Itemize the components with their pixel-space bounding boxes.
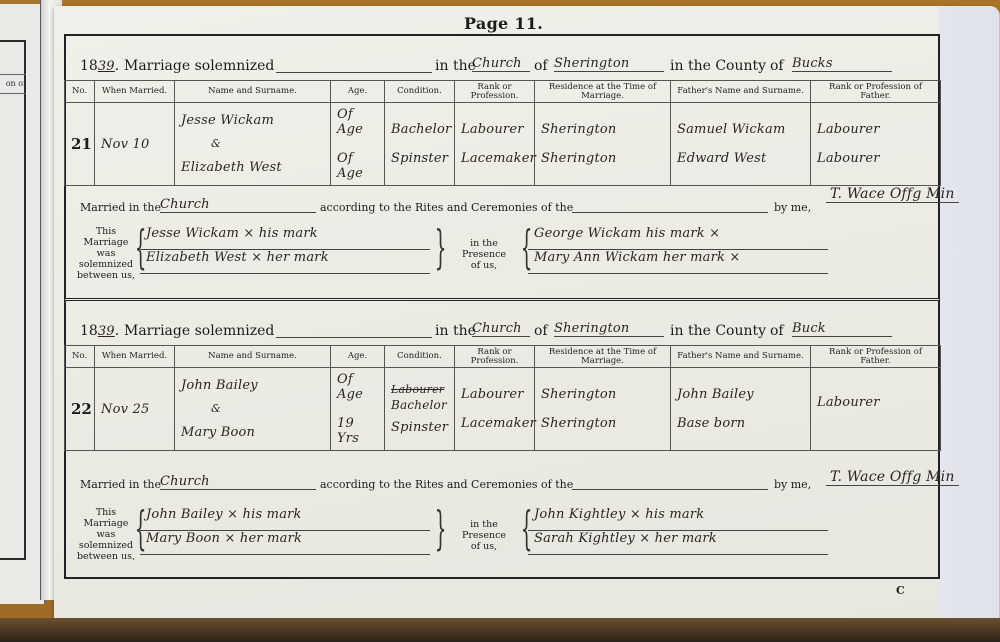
label-line: This Marriage [76,507,136,529]
parish-value: Sherington [554,321,664,337]
photo-scene: on of Page 11. 1839. Marriage solemnized… [0,0,1000,642]
register-table: No. When Married. Name and Surname. Age.… [64,345,941,451]
residences-cell: Sherington Sherington [535,103,671,186]
father-professions-cell: Labourer Labourer [811,103,941,186]
party-signature: Elizabeth West × her mark [140,250,430,274]
groom-age: Of Age [337,107,378,137]
groom-name: John Bailey [181,378,324,393]
fathers-cell: John Bailey Base born [671,368,811,451]
bride-condition: Spinster [391,151,448,166]
married-in-label: Married in the [80,478,161,491]
rites-label: according to the Rites and Ceremonies of… [320,478,573,491]
bride-residence: Sherington [541,416,664,431]
witness-signature: George Wickam his mark × [528,226,828,250]
signatures-block: This Marriage was solemnized between us,… [76,507,936,561]
witness-signature: Sarah Kightley × her mark [528,531,828,555]
groom-profession: Labourer [461,122,528,137]
column-header: Name and Surname. [175,81,331,103]
solemnized-between-label: This Marriage was solemnized between us, [76,226,136,281]
when-married: Nov 25 [95,368,175,451]
previous-page-frame [0,40,26,560]
right-brace: } [435,224,447,270]
names-cell: John Bailey & Mary Boon [175,368,331,451]
marriage-solemnized-label: Marriage solemnized [124,58,274,74]
conditions-cell: Bachelor Spinster [385,103,455,186]
book-bottom-edge [0,618,1000,642]
by-me-label: by me, [774,201,811,214]
ages-cell: Of Age 19 Yrs [331,368,385,451]
groom-father-profession: Labourer [817,122,934,137]
married-in-row: Married in the Church according to the R… [80,196,940,216]
rites-fill-line [572,212,768,213]
residences-cell: Sherington Sherington [535,368,671,451]
ages-cell: Of Age Of Age [331,103,385,186]
married-in-label: Married in the [80,201,161,214]
party-signature: John Bailey × his mark [140,507,430,531]
label-line: Presence [454,530,514,541]
witness-signature: John Kightley × his mark [528,507,828,531]
right-brace: } [435,505,447,551]
year-suffix: 39 [98,59,115,74]
place-type-value: Church [472,56,530,72]
minister-signature: T. Wace Offg Min [826,469,959,486]
groom-age: Of Age [337,372,378,402]
column-header: Name and Surname. [175,346,331,368]
father-professions-cell: Labourer [811,368,941,451]
witness-signature: Mary Ann Wickam her mark × [528,250,828,274]
county-label: in the County [670,58,766,74]
year-prefix: 18 [80,323,98,339]
bride-age: 19 Yrs [337,416,378,446]
of-label: of [534,323,548,339]
register-table: No. When Married. Name and Surname. Age.… [64,80,941,186]
label-line: solemnized [76,540,136,551]
label-line: solemnized [76,259,136,270]
column-header: Rank or Profession of Father. [811,346,941,368]
table-header-row: No. When Married. Name and Surname. Age.… [65,81,941,103]
bride-profession: Lacemaker [461,416,528,431]
by-me-label: by me, [774,478,811,491]
groom-residence: Sherington [541,387,664,402]
column-header: When Married. [95,81,175,103]
place-type-value: Church [472,321,530,337]
column-header: When Married. [95,346,175,368]
county-value: Buck [792,321,892,337]
in-presence-label: in the Presence of us, [454,519,514,552]
county-value: Bucks [792,56,892,72]
year: 1839. [80,58,119,74]
label-line: Presence [454,249,514,260]
groom-residence: Sherington [541,122,664,137]
rites-label: according to the Rites and Ceremonies of… [320,201,573,214]
year: 1839. [80,323,119,339]
bride-condition: Spinster [391,420,448,435]
county-label: in the County [670,323,766,339]
fathers-cell: Samuel Wickam Edward West [671,103,811,186]
connector: & [181,407,324,411]
bride-father-name: Base born [677,416,804,431]
married-in-value: Church [160,197,316,213]
label-line: of us, [454,541,514,552]
column-header: Rank or Profession. [455,346,535,368]
county-of-label: of [770,58,784,74]
bride-residence: Sherington [541,151,664,166]
table-row: 21 Nov 10 Jesse Wickam & Elizabeth West … [65,103,941,186]
bride-age: Of Age [337,151,378,181]
in-presence-label: in the Presence of us, [454,238,514,271]
label-line: in the [454,519,514,530]
party-signature: Jesse Wickam × his mark [140,226,430,250]
marriage-solemnized-label: Marriage solemnized [124,323,274,339]
table-header-row: No. When Married. Name and Surname. Age.… [65,346,941,368]
of-label: of [534,58,548,74]
column-header: Father's Name and Surname. [671,81,811,103]
groom-father-profession: Labourer [817,395,934,410]
county-of-label: of [770,323,784,339]
bride-father-profession: Labourer [817,151,934,166]
connector: & [181,142,324,146]
column-header: Residence at the Time of Marriage. [535,81,671,103]
rites-fill-line [572,489,768,490]
label-line: was [76,529,136,540]
register-page: Page 11. 1839. Marriage solemnized in th… [54,6,1000,620]
groom-name: Jesse Wickam [181,113,324,128]
fill-line [276,337,432,338]
groom-condition: Bachelor [391,398,448,412]
party-signature: Mary Boon × her mark [140,531,430,555]
groom-condition-struck: Labourer [391,383,448,396]
groom-condition: Bachelor [391,122,448,137]
marriage-entry-21: 1839. Marriage solemnized in the Church … [64,34,940,298]
bride-name: Mary Boon [181,425,324,440]
label-line: was [76,248,136,259]
groom-father-name: John Bailey [677,387,804,402]
column-header: Father's Name and Surname. [671,346,811,368]
column-header: Condition. [385,81,455,103]
column-header: Rank or Profession. [455,81,535,103]
parish-value: Sherington [554,56,664,72]
page-number: Page 11. [464,14,543,33]
column-header: Residence at the Time of Marriage. [535,346,671,368]
column-header: Rank or Profession of Father. [811,81,941,103]
bride-profession: Lacemaker [461,151,528,166]
year-suffix: 39 [98,324,115,339]
bride-father-name: Edward West [677,151,804,166]
column-header: Age. [331,81,385,103]
bride-name: Elizabeth West [181,160,324,175]
table-row: 22 Nov 25 John Bailey & Mary Boon Of Age… [65,368,941,451]
label-line: of us, [454,260,514,271]
minister-signature: T. Wace Offg Min [826,186,959,203]
fill-line [276,72,432,73]
professions-cell: Labourer Lacemaker [455,368,535,451]
entry-title-row: 1839. Marriage solemnized in the Church … [80,315,930,341]
in-the-label: in the [435,58,476,74]
married-in-row: Married in the Church according to the R… [80,473,940,493]
when-married: Nov 10 [95,103,175,186]
year-prefix: 18 [80,58,98,74]
married-in-value: Church [160,474,316,490]
label-line: between us, [76,551,136,562]
entry-number: 22 [65,368,95,451]
groom-profession: Labourer [461,387,528,402]
names-cell: Jesse Wickam & Elizabeth West [175,103,331,186]
column-header: Age. [331,346,385,368]
signature-mark: C [896,584,905,597]
solemnized-between-label: This Marriage was solemnized between us, [76,507,136,562]
label-line: in the [454,238,514,249]
column-header: No. [65,346,95,368]
column-header: No. [65,81,95,103]
label-line: This Marriage [76,226,136,248]
entry-title-row: 1839. Marriage solemnized in the Church … [80,50,930,76]
entry-number: 21 [65,103,95,186]
page-margin [938,6,1000,620]
marriage-entry-22: 1839. Marriage solemnized in the Church … [64,298,940,579]
in-the-label: in the [435,323,476,339]
previous-page-header-fragment: on of [0,74,26,94]
groom-father-name: Samuel Wickam [677,122,804,137]
conditions-cell: Labourer Bachelor Spinster [385,368,455,451]
professions-cell: Labourer Lacemaker [455,103,535,186]
column-header: Condition. [385,346,455,368]
label-line: between us, [76,270,136,281]
signatures-block: This Marriage was solemnized between us,… [76,226,936,280]
